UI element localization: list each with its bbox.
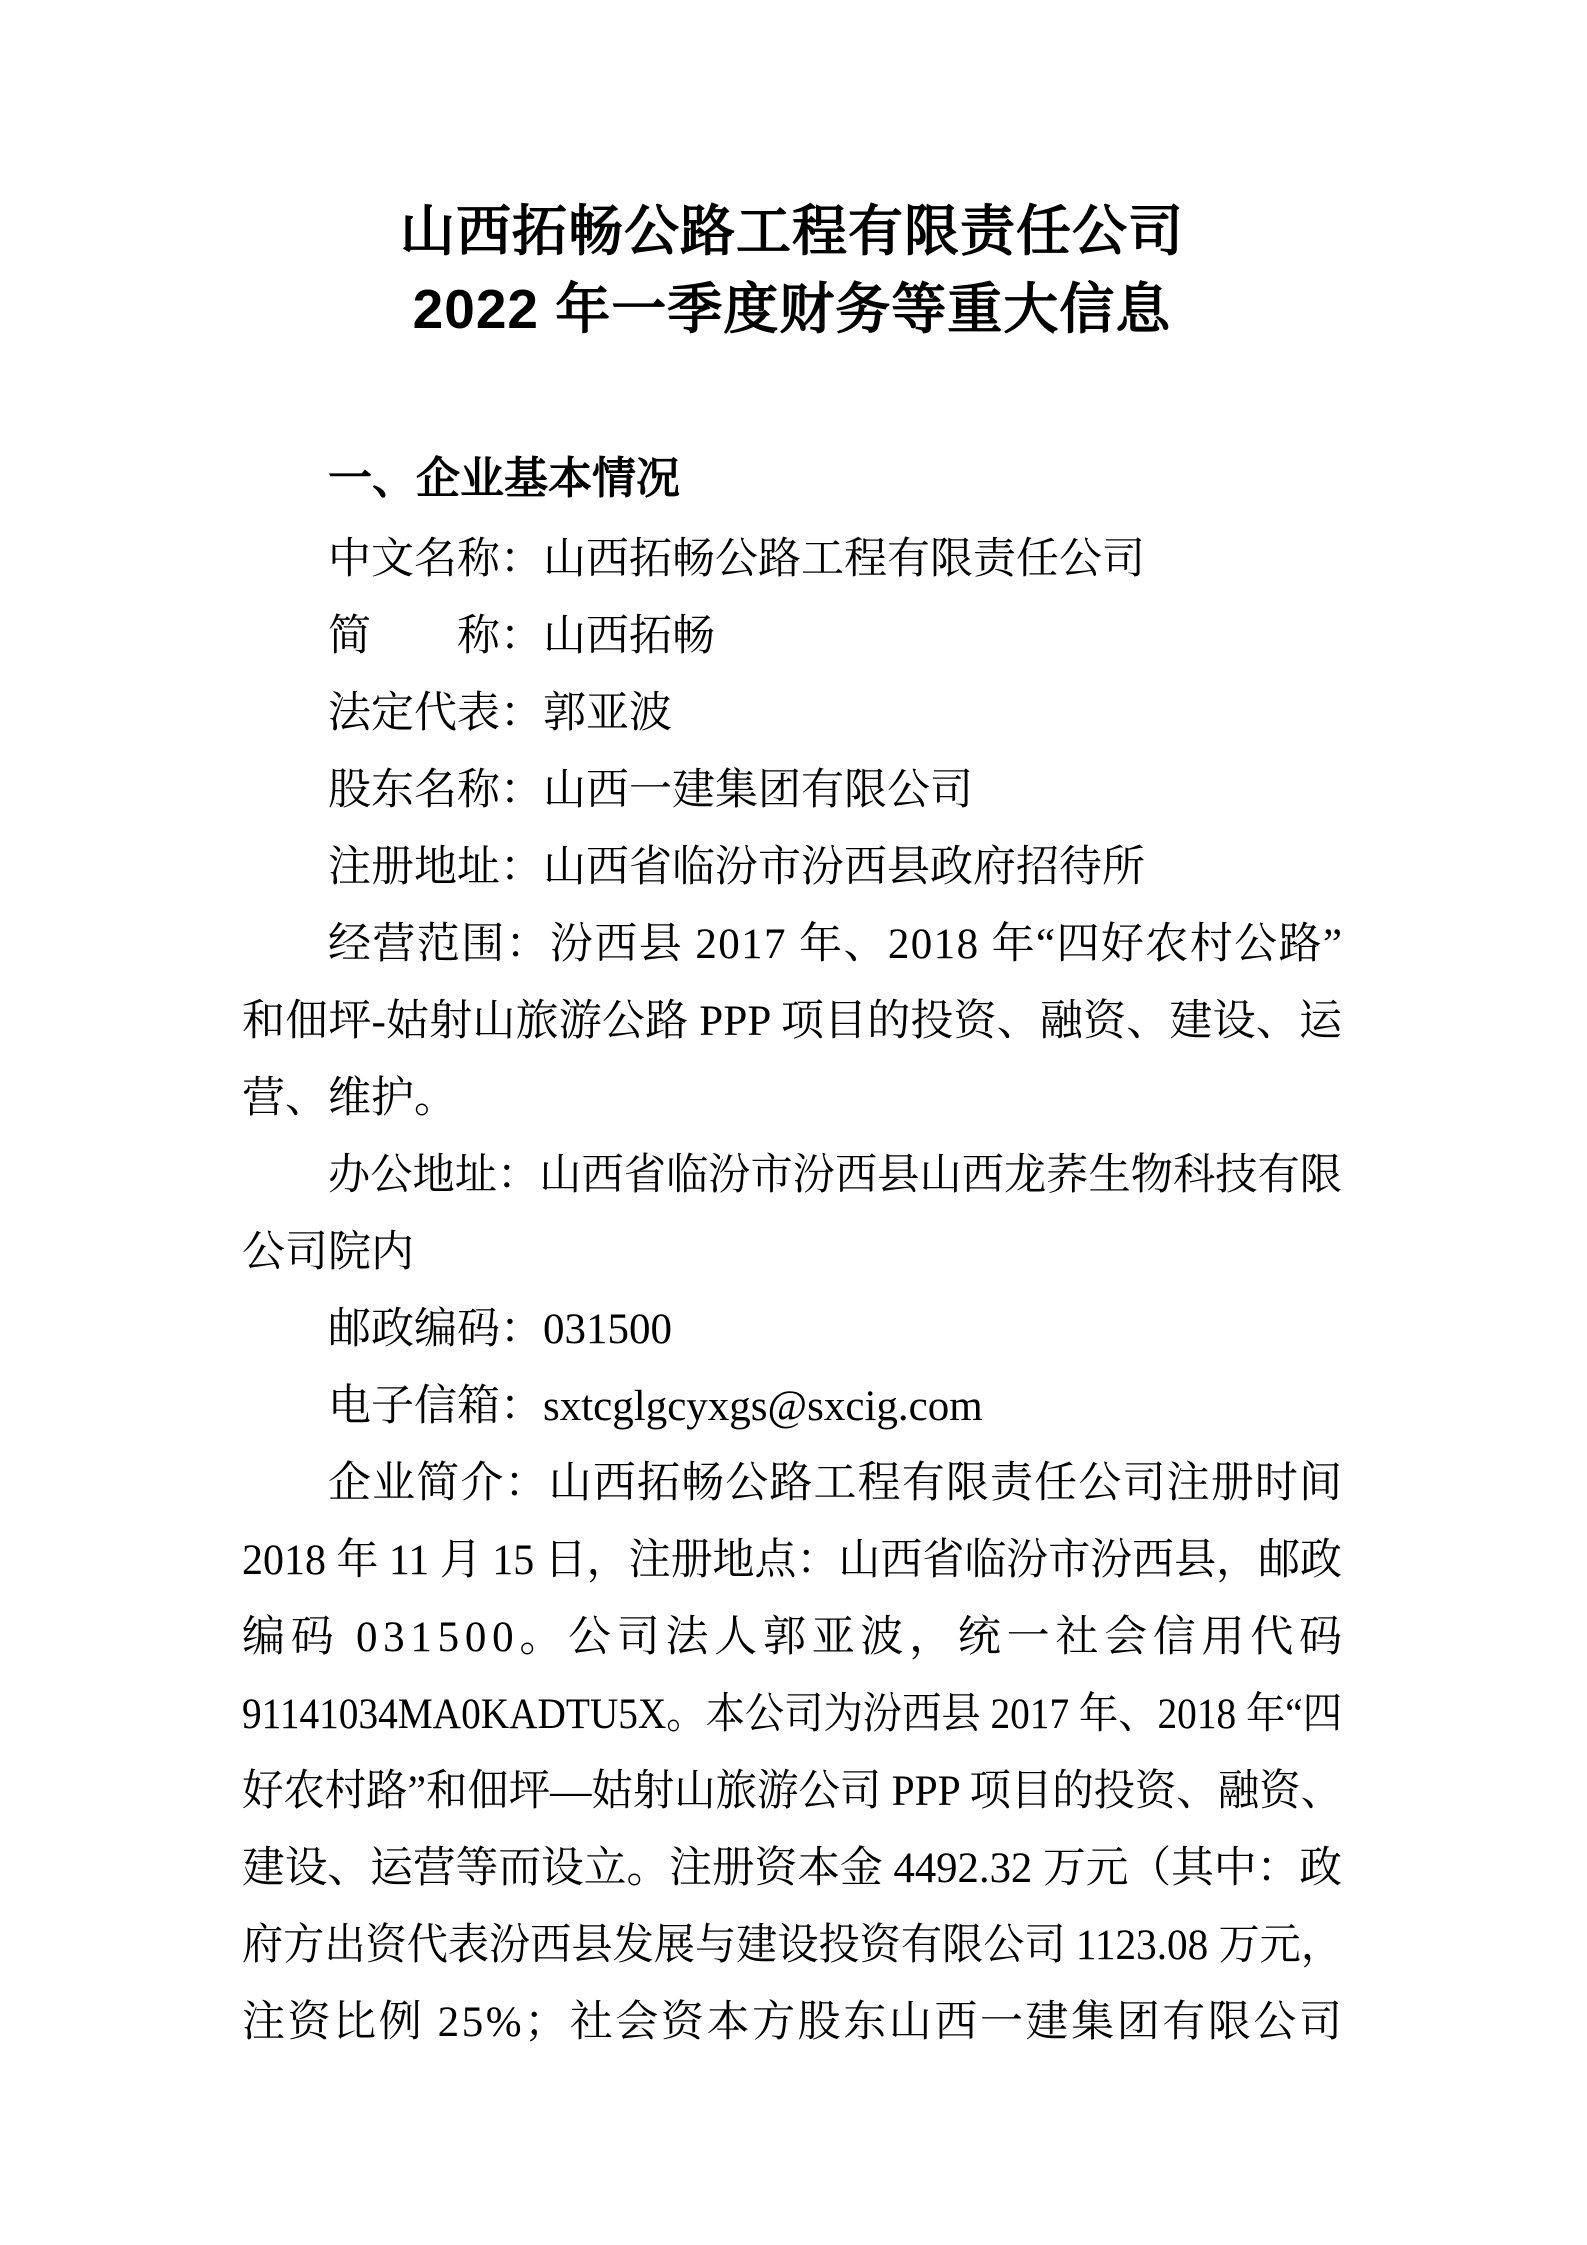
document-line: 2018 年 11 月 15 日，注册地点：山西省临汾市汾西县，邮政 [242,1518,1342,1595]
document-line: 公司院内 [242,1210,1342,1287]
document-line: 好农村路”和佃坪—姑射山旅游公司 PPP 项目的投资、融资、 [242,1749,1342,1826]
svg-text:营、维护。: 营、维护。 [242,1074,457,1122]
svg-text:府方出资代表汾西县发展与建设投资有限公司 1123.08 万: 府方出资代表汾西县发展与建设投资有限公司 1123.08 万元， [242,1921,1342,1969]
svg-text:企业简介：山西拓畅公路工程有限责任公司注册时间: 企业简介：山西拓畅公路工程有限责任公司注册时间 [328,1460,1342,1507]
svg-text:建设、运营等而设立。注册资本金 4492.32 万元（其中：: 建设、运营等而设立。注册资本金 4492.32 万元（其中：政 [242,1845,1342,1892]
section-heading: 一、企业基本情况 [242,440,1342,517]
document-title: 山西拓畅公路工程有限责任公司 2022 年一季度财务等重大信息 [242,192,1342,348]
svg-text:和佃坪-姑射山旅游公路 PPP 项目的投资、融资、建设、运: 和佃坪-姑射山旅游公路 PPP 项目的投资、融资、建设、运 [242,998,1342,1045]
document-line: 注册地址：山西省临汾市汾西县政府招待所 [242,825,1342,902]
document-line: 91141034MA0KADTU5X。本公司为汾西县 2017 年、2018 年… [242,1672,1342,1749]
document-line: 法定代表：郭亚波 [242,671,1342,748]
document-line: 简 称：山西拓畅 [242,594,1342,671]
svg-text:电子信箱：sxtcglgcyxgs@sxcig.com: 电子信箱：sxtcglgcyxgs@sxcig.com [328,1382,983,1430]
document-line: 电子信箱：sxtcglgcyxgs@sxcig.com [242,1364,1342,1441]
svg-text:股东名称：山西一建集团有限公司: 股东名称：山西一建集团有限公司 [328,766,973,814]
svg-text:编码 031500。公司法人郭亚波，统一社会信用代码: 编码 031500。公司法人郭亚波，统一社会信用代码 [242,1613,1342,1661]
svg-text:公司院内: 公司院内 [242,1229,414,1276]
document-line: 注资比例 25%；社会资本方股东山西一建集团有限公司 [242,1980,1342,2057]
document-line: 和佃坪-姑射山旅游公路 PPP 项目的投资、融资、建设、运 [242,979,1342,1056]
document-body: 中文名称：山西拓畅公路工程有限责任公司简 称：山西拓畅法定代表：郭亚波股东名称：… [242,517,1342,2057]
document-line: 经营范围：汾西县 2017 年、2018 年“四好农村公路” [242,902,1342,979]
document-line: 营、维护。 [242,1056,1342,1133]
svg-text:91141034MA0KADTU5X。本公司为汾西县 201: 91141034MA0KADTU5X。本公司为汾西县 2017 年、2018 年… [242,1690,1342,1738]
document-line: 中文名称：山西拓畅公路工程有限责任公司 [242,517,1342,594]
svg-text:办公地址：山西省临汾市汾西县山西龙荞生物科技有限: 办公地址：山西省临汾市汾西县山西龙荞生物科技有限 [328,1152,1342,1199]
document-line: 编码 031500。公司法人郭亚波，统一社会信用代码 [242,1595,1342,1672]
document-page: 山西拓畅公路工程有限责任公司 2022 年一季度财务等重大信息 一、企业基本情况… [0,0,1587,2245]
title-line-1: 山西拓畅公路工程有限责任公司 [242,192,1342,270]
document-line: 企业简介：山西拓畅公路工程有限责任公司注册时间 [242,1441,1342,1518]
document-line: 建设、运营等而设立。注册资本金 4492.32 万元（其中：政 [242,1826,1342,1903]
document-line: 府方出资代表汾西县发展与建设投资有限公司 1123.08 万元， [242,1903,1342,1980]
title-line-2: 2022 年一季度财务等重大信息 [242,270,1342,348]
svg-text:注册地址：山西省临汾市汾西县政府招待所: 注册地址：山西省临汾市汾西县政府招待所 [328,844,1145,891]
svg-text:法定代表：郭亚波: 法定代表：郭亚波 [328,690,672,737]
document-line: 办公地址：山西省临汾市汾西县山西龙荞生物科技有限 [242,1133,1342,1210]
svg-text:经营范围：汾西县 2017 年、2018 年“四好农村公路”: 经营范围：汾西县 2017 年、2018 年“四好农村公路” [328,920,1342,968]
svg-text:中文名称：山西拓畅公路工程有限责任公司: 中文名称：山西拓畅公路工程有限责任公司 [328,536,1145,583]
document-line: 邮政编码：031500 [242,1287,1342,1364]
svg-text:简 称：山西拓畅: 简 称：山西拓畅 [328,613,715,660]
svg-text:好农村路”和佃坪—姑射山旅游公司 PPP 项目的投资、融资、: 好农村路”和佃坪—姑射山旅游公司 PPP 项目的投资、融资、 [242,1768,1342,1815]
svg-text:注资比例 25%；社会资本方股东山西一建集团有限公司: 注资比例 25%；社会资本方股东山西一建集团有限公司 [242,1998,1342,2046]
svg-text:2018 年 11 月 15 日，注册地点：山西省临汾市汾西: 2018 年 11 月 15 日，注册地点：山西省临汾市汾西县，邮政 [242,1536,1342,1584]
svg-text:邮政编码：031500: 邮政编码：031500 [328,1305,672,1353]
document-line: 股东名称：山西一建集团有限公司 [242,748,1342,825]
